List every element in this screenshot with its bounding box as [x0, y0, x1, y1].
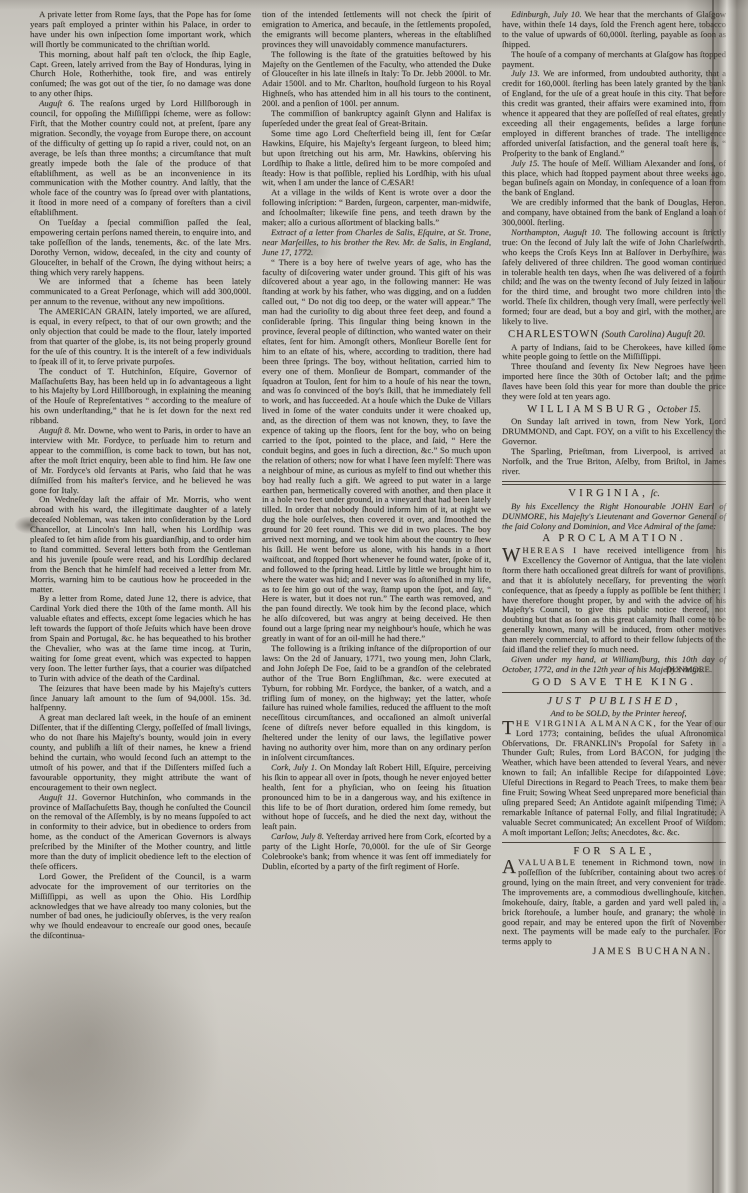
paragraph-text: On Monday laſt Robert Hill, Eſquire, per…: [262, 762, 491, 831]
news-paragraph: Auguſt 8. Mr. Downe, who went to Paris, …: [30, 426, 251, 495]
heading-caps: GOD SAVE THE KING.: [532, 677, 696, 688]
news-paragraph: AVALUABLE tenement in Richmond town, now…: [502, 858, 726, 947]
heading-dateline: (South Carolina) Auguſt 20.: [602, 330, 706, 340]
news-paragraph: Three thouſand and ſeventy ſix New Negro…: [502, 362, 726, 402]
heading-caps: JUST PUBLISHED,: [547, 696, 681, 707]
paragraph-text: By a letter from Rome, dated June 12, th…: [30, 593, 251, 682]
news-paragraph: The commiſſion of bankruptcy againſt Gly…: [262, 109, 491, 129]
section-heading: A PROCLAMATION.: [502, 533, 726, 545]
heading-caps: FOR SALE,: [573, 846, 654, 857]
section-divider-rule: [502, 692, 726, 693]
news-paragraph: Some time ago Lord Cheſterfield being il…: [262, 129, 491, 188]
paragraph-text: A party of Indians, ſaid to be Cherokees…: [502, 342, 726, 362]
news-paragraph: A party of Indians, ſaid to be Cherokees…: [502, 343, 726, 363]
columns-container: A private letter from Rome ſays, that th…: [30, 10, 726, 957]
dateline: Carlow, July 8.: [271, 831, 324, 841]
news-paragraph: Edinburgh, July 10. We hear that the mer…: [502, 10, 726, 50]
section-divider-rule: [502, 842, 726, 843]
news-paragraph: The ſeizures that have been made by his …: [30, 684, 251, 714]
drop-cap: T: [502, 719, 516, 737]
news-paragraph: July 13. We are informed, from undoubted…: [502, 69, 726, 158]
paragraph-text: The following is a ſtriking inſtance of …: [262, 643, 491, 762]
dateline: Auguſt 8.: [39, 425, 71, 435]
paragraph-text: The commiſſion of bankruptcy againſt Gly…: [262, 108, 491, 128]
caps-run: HEREAS: [522, 545, 565, 555]
news-paragraph: By a letter from Rome, dated June 12, th…: [30, 594, 251, 683]
news-paragraph: “ There is a boy here of twelve years of…: [262, 258, 491, 644]
dateline: Edinburgh, July 10.: [511, 9, 582, 19]
paragraph-text: The following account is ſtrictly true: …: [502, 227, 726, 326]
paragraph-text: for the Year of our Lord 1773; containin…: [502, 718, 726, 837]
paragraph-text: The AMERICAN GRAIN, lately imported, we …: [30, 306, 251, 366]
paragraph-text: The following is the ſtate of the gratui…: [262, 49, 491, 109]
paragraph-text: Governor Hutchinſon, who commands in the…: [30, 792, 251, 871]
news-paragraph: July 15. The houſe of Meſſ. William Alex…: [502, 159, 726, 199]
news-paragraph: Carlow, July 8. Yeſterday arrived here f…: [262, 832, 491, 872]
paragraph-text: tenement in Richmond town, now in poſſeſ…: [502, 857, 726, 946]
news-paragraph: On Wedneſday laſt the affair of Mr. Morr…: [30, 495, 251, 594]
section-heading: JUST PUBLISHED,: [502, 696, 726, 708]
news-paragraph: The Sparling, Prieſtman, from Liverpool,…: [502, 447, 726, 477]
news-paragraph: Auguſt 6. The reaſons urged by Lord Hill…: [30, 99, 251, 218]
news-paragraph: WHEREAS I have received intelligence fro…: [502, 546, 726, 655]
dateline: July 13.: [511, 68, 540, 78]
news-paragraph: We are credibly informed that the bank o…: [502, 198, 726, 228]
newspaper-column: A private letter from Rome ſays, that th…: [30, 10, 251, 957]
heading-dateline: October 15.: [656, 405, 700, 415]
caps-run: VALUABLE: [518, 857, 577, 867]
paragraph-text: We are informed, from undoubted authorit…: [502, 68, 726, 157]
news-paragraph: The following is a ſtriking inſtance of …: [262, 644, 491, 763]
paragraph-text: Three thouſand and ſeventy ſix New Negro…: [502, 361, 726, 401]
news-paragraph: The following is the ſtate of the gratui…: [262, 50, 491, 109]
italic-paragraph: Extract of a letter from Charles de Sali…: [262, 228, 491, 258]
paragraph-text: We are credibly informed that the bank o…: [502, 197, 726, 227]
news-paragraph: THE VIRGINIA ALMANACK, for the Year of o…: [502, 719, 726, 838]
section-heading: CHARLESTOWN (South Carolina) Auguſt 20.: [502, 329, 726, 342]
news-paragraph: Northampton, Auguſt 10. The following ac…: [502, 228, 726, 327]
paragraph-text: A great man declared laſt week, in the h…: [30, 712, 251, 791]
paragraph-text: Some time ago Lord Cheſterfield being il…: [262, 128, 491, 188]
newspaper-column: Edinburgh, July 10. We hear that the mer…: [502, 10, 726, 957]
news-paragraph: On Tueſday a ſpecial commiſſion paſſed t…: [30, 218, 251, 277]
heading-caps: A PROCLAMATION.: [542, 533, 685, 544]
news-paragraph: Auguſt 11. Governor Hutchinſon, who comm…: [30, 793, 251, 872]
paragraph-text: On Wedneſday laſt the affair of Mr. Morr…: [30, 494, 251, 593]
paragraph-text: tion of the intended ſettlements will no…: [262, 9, 491, 49]
signature: JAMES BUCHANAN.: [502, 947, 726, 957]
dateline: Auguſt 6.: [39, 98, 75, 108]
drop-cap: W: [502, 546, 522, 564]
paragraph-text: We are informed that a ſcheme has been l…: [30, 276, 251, 306]
paragraph-text: The Sparling, Prieſtman, from Liverpool,…: [502, 446, 726, 476]
paragraph-text: Lord Gower, the Preſident of the Council…: [30, 871, 251, 940]
dateline: Cork, July 1.: [271, 762, 317, 772]
section-heading: WILLIAMSBURG, October 15.: [502, 404, 726, 417]
paragraph-text: Mr. Downe, who went to Paris, in order t…: [30, 425, 251, 494]
news-paragraph: Lord Gower, the Preſident of the Council…: [30, 872, 251, 941]
dateline: Northampton, Auguſt 10.: [511, 227, 602, 237]
news-paragraph: This morning, about half paſt ten o'cloc…: [30, 50, 251, 100]
heading-caps: VIRGINIA,: [568, 488, 648, 499]
section-heading: VIRGINIA, ſc.: [502, 488, 726, 501]
paragraph-text: This morning, about half paſt ten o'cloc…: [30, 49, 251, 99]
section-heading: GOD SAVE THE KING.: [502, 677, 726, 689]
news-paragraph: Cork, July 1. On Monday laſt Robert Hill…: [262, 763, 491, 832]
dateline: Auguſt 11.: [39, 792, 77, 802]
news-paragraph: The conduct of T. Hutchinſon, Eſquire, G…: [30, 367, 251, 426]
news-paragraph: On Sunday laſt arrived in town, from New…: [502, 417, 726, 447]
drop-cap: A: [502, 858, 518, 876]
paragraph-text: On Tueſday a ſpecial commiſſion paſſed t…: [30, 217, 251, 277]
news-paragraph: We are informed that a ſcheme has been l…: [30, 277, 251, 307]
paragraph-text: “ There is a boy here of twelve years of…: [262, 257, 491, 643]
paragraph-text: The houſe of a company of merchants at G…: [502, 49, 726, 69]
news-paragraph: The AMERICAN GRAIN, lately imported, we …: [30, 307, 251, 366]
news-paragraph: A private letter from Rome ſays, that th…: [30, 10, 251, 50]
newspaper-page: A private letter from Rome ſays, that th…: [0, 0, 748, 1193]
paragraph-text: The conduct of T. Hutchinſon, Eſquire, G…: [30, 366, 251, 426]
paragraph-text: The reaſons urged by Lord Hillſborough i…: [30, 98, 251, 217]
paragraph-text: On Sunday laſt arrived in town, from New…: [502, 416, 726, 446]
dateline: July 15.: [511, 158, 539, 168]
news-paragraph: The houſe of a company of merchants at G…: [502, 50, 726, 70]
caps-run: HE VIRGINIA ALMANACK,: [516, 718, 657, 728]
news-paragraph: At a village in the wilds of Kent is wro…: [262, 188, 491, 228]
newspaper-column: tion of the intended ſettlements will no…: [262, 10, 491, 957]
news-paragraph: A great man declared laſt week, in the h…: [30, 713, 251, 792]
italic-paragraph: By his Excellency the Right Honourable J…: [502, 502, 726, 532]
heading-dateline: ſc.: [651, 489, 660, 499]
paragraph-text: The ſeizures that have been made by his …: [30, 683, 251, 713]
section-divider-rule: [502, 481, 726, 485]
heading-caps: CHARLESTOWN: [508, 329, 599, 340]
section-heading: FOR SALE,: [502, 846, 726, 858]
paragraph-text: I have received intelligence from his Ex…: [502, 545, 726, 654]
heading-caps: WILLIAMSBURG,: [527, 404, 654, 415]
paragraph-text: A private letter from Rome ſays, that th…: [30, 9, 251, 49]
paragraph-text: At a village in the wilds of Kent is wro…: [262, 187, 491, 227]
news-paragraph: tion of the intended ſettlements will no…: [262, 10, 491, 50]
